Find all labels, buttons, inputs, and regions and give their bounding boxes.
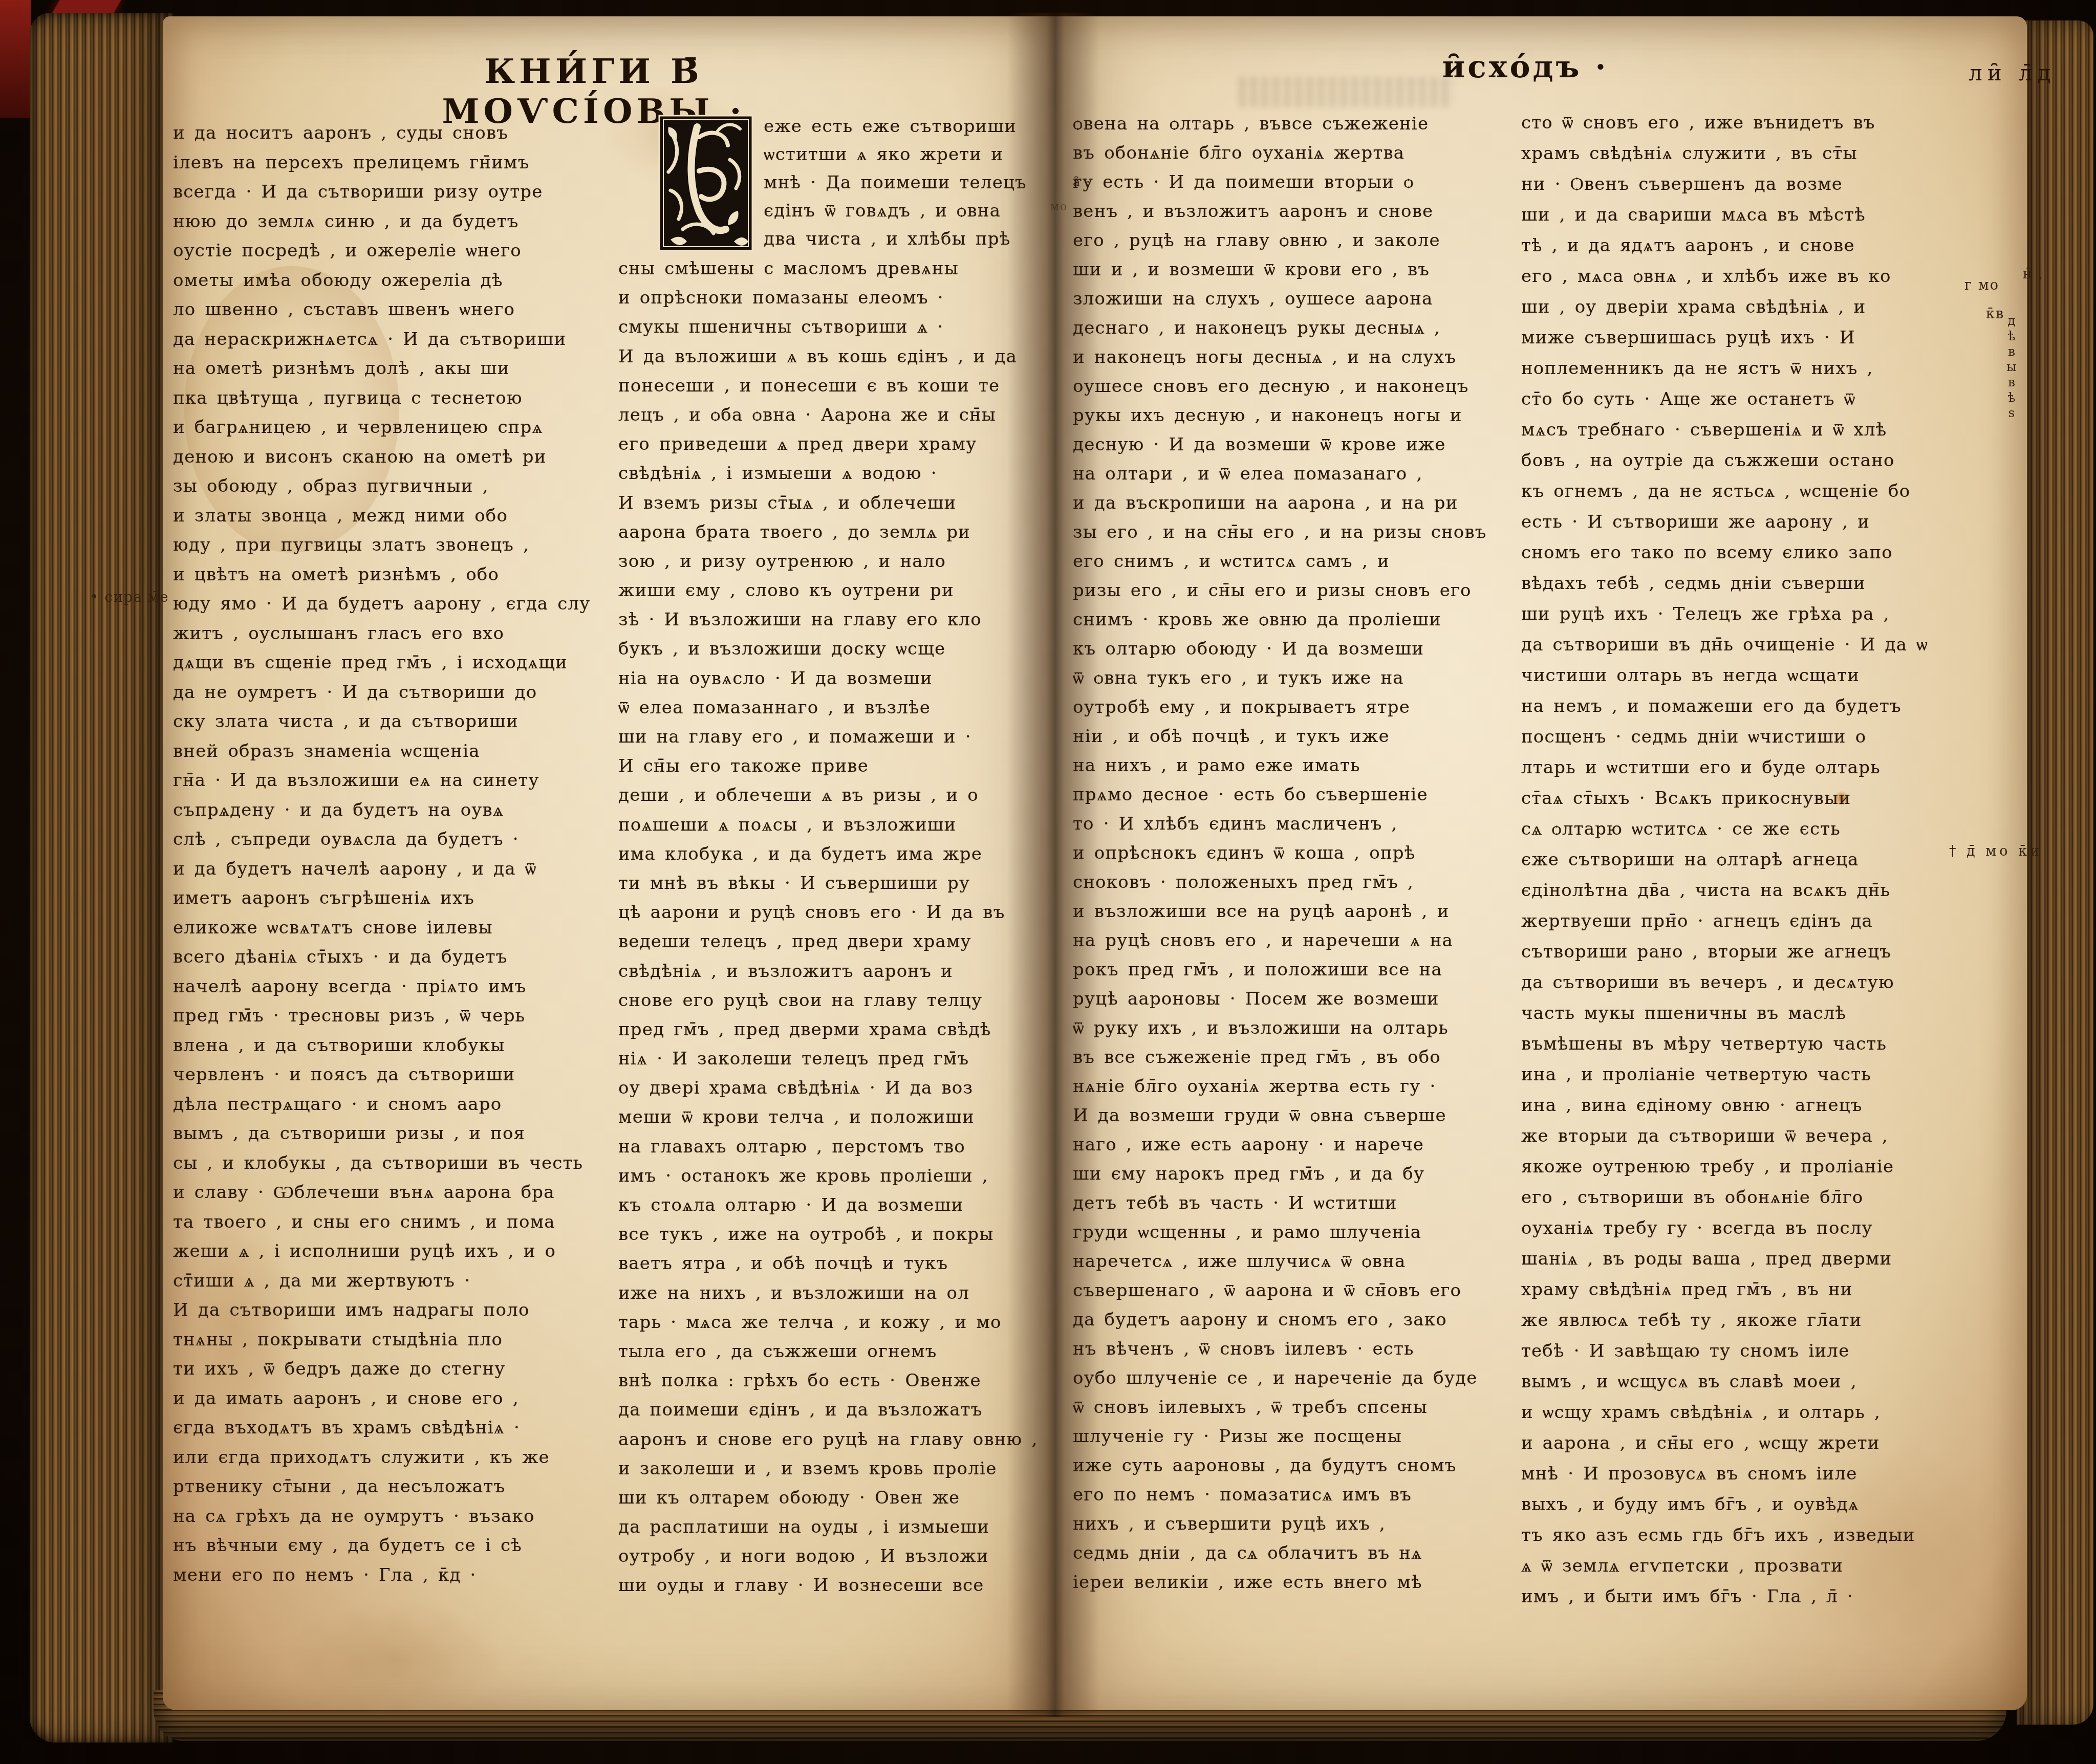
text-line: да не оумретъ · И да сътвориши до (173, 678, 618, 708)
text-line: же явлюсѧ тебѣ ту , якоже гл̄ати (1521, 1305, 1967, 1336)
text-line: и златы звонца , межд ними обо (173, 502, 618, 531)
text-line: има клобука , и да будетъ има жре (618, 840, 1033, 869)
text-line: ведеши телецъ , пред двери храму (618, 927, 1033, 956)
text-line: аарона брата твоего , до землѧ ри (618, 518, 1033, 547)
text-line: єже сътвориши на ѻлтарѣ агнеца (1521, 844, 1967, 875)
text-line: поѧшеши ѧ поѧсы , и възложиши (618, 811, 1033, 840)
text-line: понесеши , и понесеши є въ коши те (618, 372, 1033, 401)
text-line: шлученіе гу · Ризы же посщены (1073, 1422, 1508, 1451)
text-line: деши , и облечеши ѧ въ ризы , и о (618, 781, 1033, 810)
text-line: єдінъ ѿ говѧдъ , и ѻвна (764, 197, 1030, 225)
text-line: вѣдахъ тебѣ , седмь дніи съверши (1521, 568, 1967, 599)
text-line: въмѣшены въ мѣру четвертую часть (1521, 1029, 1967, 1059)
text-line: ѧ ѿ землѧ егѵпетски , прозвати (1521, 1551, 1967, 1581)
text-line: руцѣ аароновы · Посем же возмеши (1073, 985, 1508, 1014)
text-line: два чиста , и хлѣбы прѣ (764, 225, 1030, 253)
text-line: имъ · останокъ же кровь проліеши , (618, 1162, 1033, 1191)
text-line: сны смѣшены с масломъ древѧны (618, 254, 1033, 284)
text-line: его по немъ · помазатисѧ имъ въ (1073, 1480, 1508, 1510)
text-line: ти мнѣ въ вѣкы · И съвершиши ру (618, 869, 1033, 898)
text-line: къ огнемъ , да не ястьсѧ , ѡсщеніе бо (1521, 476, 1967, 507)
text-line: житъ , оуслышанъ гласъ его вхо (173, 619, 618, 649)
text-line: иже суть аароновы , да будутъ сномъ (1073, 1451, 1508, 1480)
text-line: съвершенаго , ѿ аарона и ѿ сн̄овъ его (1073, 1276, 1508, 1305)
text-line: шаніѧ , въ роды ваша , пред дверми (1521, 1244, 1967, 1274)
folio-number: ли̑ л̄д (1969, 60, 2071, 85)
text-line: мѧсъ требнаго · съвершеніѧ и ѿ хлѣ (1521, 415, 1967, 445)
text-line: вымъ , и ѡсщусѧ въ славѣ моеи , (1521, 1366, 1967, 1397)
text-line: то · И хлѣбъ єдинъ масличенъ , (1073, 810, 1508, 839)
text-line: и опрѣсноки помазаны елеомъ · (618, 284, 1033, 313)
text-line: наго , иже есть аарону · и нарече (1073, 1130, 1508, 1160)
text-line: жиши єму , слово къ оутрени ри (618, 576, 1033, 605)
text-line: снимъ · кровь же ѻвню да проліеши (1073, 605, 1508, 635)
text-line: оушесе сновъ его десную , и наконецъ (1073, 372, 1508, 401)
text-line: букъ , и възложиши доску ѡсще (618, 635, 1033, 664)
text-line: оу двері храма свѣдѣніѧ · И да воз (618, 1074, 1033, 1103)
text-line: и наконецъ ногы десныѧ , и на слухъ (1073, 343, 1508, 372)
text-line: ши руцѣ ихъ · Телецъ же грѣха ра , (1521, 599, 1967, 629)
text-line: внѣ полка : грѣхъ бо есть · Овенже (618, 1366, 1033, 1396)
text-line: ѿ ѻвна тукъ его , и тукъ иже на (1073, 664, 1508, 693)
margin-note-vertical-letters: дѣвывѣѕ (2004, 313, 2020, 421)
text-line: єгда въходѧтъ въ храмъ свѣдѣніѧ · (173, 1413, 618, 1443)
text-line: нѧніе бл̄го оуханіѧ жертва есть гу · (1073, 1072, 1508, 1101)
text-line: И да въложиши ѧ въ кошь єдінъ , и да (618, 342, 1033, 372)
text-line: ѡститши ѧ яко жрети и (764, 141, 1030, 169)
text-line: ніи , и обѣ почцѣ , и тукъ иже (1073, 722, 1508, 751)
book-photo: КНИ́ГИ В̄ МОѴСІ́ОВЫ · и̑схо́дъ · ли̑ л̄д (0, 0, 2096, 1764)
text-line: ст̄аѧ ст̄ыхъ · Всѧкъ прикоснувыи (1521, 783, 1967, 814)
text-line: ѣ (2004, 329, 2020, 344)
text-line: миже съвершишась руцѣ ихъ · И (1521, 322, 1967, 353)
text-line: и възложиши все на руцѣ ааронѣ , и (1073, 897, 1508, 926)
text-line: ши оуды и главу · И вознесеши все (618, 1571, 1033, 1600)
text-line: и заколеши и , и вземъ кровь проліе (618, 1454, 1033, 1484)
text-line: дѣла пестрѧщаго · и сномъ ааро (173, 1090, 618, 1120)
text-line: имъ , и быти имъ бг̄ъ · Гла , л̄ · (1521, 1581, 1967, 1612)
text-line: якоже оутренюю требу , и проліаніе (1521, 1151, 1967, 1182)
text-line: къ стоѧла олтарю · И да возмеши (618, 1191, 1033, 1220)
text-line: зложиши на слухъ , оушесе аарона (1073, 285, 1508, 314)
text-line: всегда · И да сътвориши ризу оутре (173, 178, 618, 207)
text-line: да сътвориши въ дн̄ь очищеніе · И да ѡ (1521, 629, 1967, 660)
text-line: ніѧ · И заколеши телецъ пред гм̄ъ (618, 1044, 1033, 1074)
text-line: ст̄о бо суть · Аще же останетъ ѿ (1521, 384, 1967, 415)
text-line: ааронъ и снове его руцѣ на главу овню , (618, 1425, 1033, 1454)
text-line: посщенъ · седмь дніи ѡчистиши о (1521, 722, 1967, 752)
text-line: И да возмеши груди ѿ ѻвна съверше (1073, 1101, 1508, 1130)
right-running-title: и̑схо́дъ · (1413, 49, 1638, 85)
text-line: да расплатиши на оуды , і измыеши (618, 1513, 1033, 1542)
text-line: зы обоюду , образ пугвичныи , (173, 472, 618, 502)
text-line: тарь · мѧса же телча , и кожу , и мо (618, 1308, 1033, 1337)
text-line: еликоже ѡсвѧтѧтъ снове іилевы (173, 913, 618, 943)
text-line: прѧмо десное · есть бо съвершеніе (1073, 780, 1508, 810)
text-line: нихъ , и съвершити руцѣ ихъ , (1073, 1510, 1508, 1539)
text-line: начелѣ аарону всегда · пріѧто имъ (173, 972, 618, 1002)
red-binding-corner (0, 0, 31, 118)
text-line: ометы имѣа обоюду ожереліа дѣ (173, 266, 618, 296)
text-line: и ѡсщу храмъ свѣдѣніѧ , и олтарь , (1521, 1397, 1967, 1428)
text-line: тнѧны , покрывати стыдѣніа пло (173, 1325, 618, 1355)
text-line: ску злата чиста , и да сътвориши (173, 707, 618, 737)
text-line: есть · И сътвориши же аарону , и (1521, 507, 1967, 537)
text-line: его , мѧса ѻвнѧ , и хлѣбъ иже въ ко (1521, 261, 1967, 292)
text-line: И вземъ ризы ст̄ыѧ , и облечеши (618, 489, 1033, 518)
text-line: на немъ , и помажеши его да будетъ (1521, 691, 1967, 722)
text-line: на олтари , и ѿ елеа помазанаго , (1073, 460, 1508, 489)
text-line: же вторыи да сътвориши ѿ вечера , (1521, 1121, 1967, 1151)
text-line: свѣдѣніѧ , и възложитъ ааронъ и (618, 957, 1033, 986)
text-line: тыла его , да съжжеши огнемъ (618, 1337, 1033, 1366)
text-line: оуханіѧ требу гу · всегда въ послу (1521, 1213, 1967, 1244)
drop-cap-svg (658, 115, 753, 252)
right-page-column-1: ѻвена на ѻлтарь , въвсе съжеженіевъ обон… (1073, 110, 1508, 1597)
text-line: юду , при пугвицы златъ звонецъ , (173, 531, 618, 560)
margin-note-n: н̄ , (2023, 266, 2044, 282)
text-line: деною и висонъ сканою на ометѣ ри (173, 443, 618, 472)
text-line: лецъ , и ѻба ѻвна · Аарона же и сн̄ы (618, 401, 1033, 430)
margin-note-chapter-22: к̄в (1986, 306, 2004, 322)
text-line: И сн̄ы его такоже приве (618, 752, 1033, 781)
text-line: ст̄иши ѧ , да ми жертвуютъ · (173, 1267, 618, 1296)
text-line: ши и , и возмеши ѿ крови его , въ (1073, 255, 1508, 285)
text-line: нъ вѣчныи єму , да будетъ се і сѣ (173, 1531, 618, 1561)
text-line: та твоего , и сны его снимъ , и пома (173, 1208, 618, 1237)
text-line: тѣ , и да ядѧтъ ааронъ , и снове (1521, 230, 1967, 261)
text-line: чистиши олтарь въ негда ѡсщати (1521, 660, 1967, 691)
text-line: гн̄а · И да възложиши еѧ на синету (173, 766, 618, 796)
text-line: вней образъ знаменіа ѡсщеніа (173, 737, 618, 767)
text-line: ши , оу дверіи храма свѣдѣніѧ , и (1521, 292, 1967, 322)
text-line: нъ вѣченъ , ѿ сновъ іилевъ · есть (1073, 1335, 1508, 1364)
drop-cap-initial-woodcut (658, 115, 753, 252)
text-line: на сѧ грѣхъ да не оумрутъ · възако (173, 1502, 618, 1532)
text-line: мнѣ · Да поимеши телецъ (764, 169, 1030, 197)
text-line: сномъ его тако по всему єлико запо (1521, 537, 1967, 568)
text-line: оубо шлученіе се , и нареченіе да буде (1073, 1364, 1508, 1393)
text-line: ши къ олтарем обоюду · Овен же (618, 1484, 1033, 1513)
text-line: ши на главу его , и помажеши и · (618, 723, 1033, 752)
text-line: нюю до землѧ синю , и да будетъ (173, 207, 618, 237)
text-line: дѧщи въ сщеніе пред гм̄ъ , і исходѧщи (173, 648, 618, 678)
text-line: все тукъ , иже на оутробѣ , и покры (618, 1220, 1033, 1249)
text-line: сѧ ѻлтарю ѡститсѧ · се же єсть (1521, 814, 1967, 844)
text-line: и багрѧницею , и червленицею спрѧ (173, 413, 618, 443)
text-line: и да носитъ ааронъ , суды сновъ (173, 119, 618, 148)
text-line: ѿ руку ихъ , и възложиши на олтарь (1073, 1014, 1508, 1043)
left-page-column-2-beside-initial: еже есть еже сътворишиѡститши ѧ яко жрет… (764, 113, 1030, 253)
text-line: и аарона , и сн̄ы его , ѡсщу жрети (1521, 1428, 1967, 1458)
text-line: на главахъ олтарю , перстомъ тво (618, 1133, 1033, 1162)
text-line: тъ яко азъ есмь гдь бг̄ъ ихъ , изведыи (1521, 1520, 1967, 1551)
text-line: часть мукы пшеничны въ маслѣ (1521, 998, 1967, 1029)
text-line: ти ихъ , ѿ бедръ даже до стегну (173, 1355, 618, 1384)
text-line: иметъ ааронъ съгрѣшеніѧ ихъ (173, 884, 618, 913)
text-line: ши , и да свариши мѧса въ мѣстѣ (1521, 200, 1967, 230)
text-line: свѣдѣніѧ , і измыеши ѧ водою · (618, 459, 1033, 488)
text-line: сноковъ · положеныхъ пред гм̄ъ , (1073, 868, 1508, 897)
right-page-column-2: сто ѿ сновъ его , иже вънидетъ въхрамъ с… (1521, 107, 1967, 1612)
text-line: въ обонѧніе бл̄го оуханіѧ жертва (1073, 139, 1508, 168)
text-line: зѣ · И възложиши на главу его кло (618, 605, 1033, 635)
text-line: ы (2004, 359, 2020, 375)
text-line: въ все съжеженіе пред гм̄ъ , въ обо (1073, 1043, 1508, 1072)
text-line: храмъ свѣдѣніѧ служити , въ ст̄ы (1521, 138, 1967, 169)
text-line: ина , вина єдіному ѻвню · агнецъ (1521, 1090, 1967, 1121)
margin-note-sirach: • сира м̄е (90, 590, 169, 605)
text-line: пред гм̄ъ · тресновы ризъ , ѿ черь (173, 1001, 618, 1031)
text-line: жеши ѧ , і исполниши руцѣ ихъ , и о (173, 1237, 618, 1267)
text-line: пред гм̄ъ , пред дверми храма свѣдѣ (618, 1015, 1033, 1044)
text-line: оустіе посредѣ , и ожереліе ѡнего (173, 236, 618, 266)
text-line: да сътвориши въ вечеръ , и десѧтую (1521, 967, 1967, 998)
text-line: ло швенно , съставъ швенъ ѡнего (173, 295, 618, 325)
text-line: его , руцѣ на главу ѻвню , и заколе (1073, 226, 1508, 255)
text-line: И да сътвориши имъ надрагы поло (173, 1296, 618, 1325)
text-line: ѿ сновъ іилевыхъ , ѿ требъ спсены (1073, 1393, 1508, 1422)
text-line: червленъ · и поясъ да сътвориши (173, 1060, 618, 1090)
text-line: на нихъ , и рамо еже имать (1073, 751, 1508, 780)
text-line: в (2004, 375, 2020, 390)
text-line: бовъ , на оутріе да съжжеши остано (1521, 445, 1967, 476)
text-line: гу есть · И да поимеши вторыи ѻ (1073, 168, 1508, 197)
text-line: всего дѣаніѧ ст̄ыхъ · и да будетъ (173, 943, 618, 972)
text-line: выхъ , и буду имъ бг̄ъ , и оувѣдѧ (1521, 1489, 1967, 1520)
text-line: да будетъ аарону и сномъ его , зако (1073, 1305, 1508, 1335)
text-line: наречетсѧ , иже шлучисѧ ѿ ѻвна (1073, 1247, 1508, 1276)
text-line: и опрѣснокъ єдинъ ѿ коша , опрѣ (1073, 839, 1508, 868)
text-line: венъ , и възложитъ ааронъ и снове (1073, 197, 1508, 226)
text-line: на руцѣ сновъ его , и наречеши ѧ на (1073, 926, 1508, 955)
text-line: сы , и клобукы , да сътвориши въ честь (173, 1149, 618, 1179)
text-line: цѣ аарони и руцѣ сновъ его · И да въ (618, 898, 1033, 927)
text-line: жертвуеши прн̄о · агнецъ єдінъ да (1521, 906, 1967, 937)
text-line: да нераскрижнѧетсѧ · И да сътвориши (173, 325, 618, 355)
left-page-column-1: и да носитъ ааронъ , суды сновъілевъ на … (173, 119, 618, 1590)
text-line: оутробѣ ему , и покрываетъ ятре (1073, 693, 1508, 722)
text-line: вымъ , да сътвориши ризы , и поя (173, 1119, 618, 1149)
text-line: ѻвена на ѻлтарь , въвсе съжеженіе (1073, 110, 1508, 139)
text-line: ілевъ на персехъ прелицемъ гн̄имъ (173, 148, 618, 178)
text-line: снове его руцѣ свои на главу телцу (618, 986, 1033, 1015)
text-line: ѣ (2004, 390, 2020, 405)
text-line: зы его , и на сн̄ы его , и на ризы сновъ (1073, 518, 1508, 547)
text-line: смукы пшеничны сътвориши ѧ · (618, 313, 1033, 342)
text-line: рукы ихъ десную , и наконецъ ногы и (1073, 401, 1508, 430)
text-line: влена , и да сътвориши клобукы (173, 1031, 618, 1061)
text-line: ніа на оувѧсло · И да возмеши (618, 664, 1033, 693)
text-line: седмь дніи , да сѧ облачитъ въ нѧ (1073, 1539, 1508, 1568)
text-line: іереи великіи , иже есть внего мѣ (1073, 1568, 1508, 1597)
text-line: ни · Ѻвенъ съвершенъ да возме (1521, 169, 1967, 200)
text-line: пка цвѣтуща , пугвица с теснетою (173, 384, 618, 413)
text-line: ноплеменникъ да не ястъ ѿ нихъ , (1521, 353, 1967, 384)
text-line: иже на нихъ , и възложиши на ол (618, 1279, 1033, 1308)
text-line: десную · И да возмеши ѿ крове иже (1073, 430, 1508, 460)
gutter-note-mo: мо (1050, 201, 1068, 213)
text-line: еже есть еже сътвориши (764, 113, 1030, 141)
text-line: д (2004, 313, 2020, 329)
text-line: єдінолѣтна дв̄а , чиста на всѧкъ дн̄ь (1521, 875, 1967, 906)
text-line: сто ѿ сновъ его , иже вънидетъ въ (1521, 107, 1967, 138)
margin-note-3moses: г мо (1964, 277, 1999, 293)
text-line: рокъ пред гм̄ъ , и положиши все на (1073, 955, 1508, 985)
text-line: къ олтарю обоюду · И да возмеши (1073, 635, 1508, 664)
text-line: мнѣ · И прозовусѧ въ сномъ іиле (1521, 1458, 1967, 1489)
left-page-column-2: сны смѣшены с масломъ древѧныи опрѣсноки… (618, 254, 1033, 1601)
text-line: груди ѡсщенны , и рамо шлученіа (1073, 1218, 1508, 1247)
text-line: на ометѣ ризнѣмъ долѣ , акы ши (173, 354, 618, 384)
text-line: его снимъ , и ѡститсѧ самъ , и (1073, 547, 1508, 576)
text-line: в (2004, 344, 2020, 359)
text-line: лтарь и ѡститши его и буде ѻлтарь (1521, 752, 1967, 783)
text-line: меши ѿ крови телча , и положиши (618, 1103, 1033, 1132)
text-line: деснаго , и наконецъ рукы десныѧ , (1073, 314, 1508, 343)
text-line: съпрѧдену · и да будетъ на оувѧ (173, 796, 618, 825)
text-line: храму свѣдѣніѧ пред гм̄ъ , въ ни (1521, 1274, 1967, 1305)
text-line: его приведеши ѧ пред двери храму (618, 430, 1033, 459)
text-line: детъ тебѣ въ часть · И ѡститши (1073, 1189, 1508, 1218)
text-line: тебѣ · И завѣщаю ту сномъ іиле (1521, 1336, 1967, 1366)
text-line: ши єму нарокъ пред гм̄ъ , и да бу (1073, 1160, 1508, 1189)
text-line: юду ямо · И да будетъ аарону , єгда слу (173, 590, 618, 619)
text-line: его , сътвориши въ обонѧніе бл̄го (1521, 1182, 1967, 1213)
text-line: сътвориши рано , вторыи же агнецъ (1521, 937, 1967, 967)
text-line: ѕ (2004, 405, 2020, 421)
text-line: ризы его , и сн̄ы его и ризы сновъ его (1073, 576, 1508, 605)
text-line: и славу · Ѡблечеши вънѧ аарона бра (173, 1178, 618, 1208)
text-line: ѿ елеа помазаннаго , и възлѣе (618, 693, 1033, 723)
text-line: зою , и ризу оутренюю , и нало (618, 547, 1033, 576)
text-line: и да въскропиши на аарона , и на ри (1073, 489, 1508, 518)
text-line: и цвѣтъ на ометѣ ризнѣмъ , обо (173, 560, 618, 590)
text-line: оутробу , и ноги водою , И възложи (618, 1542, 1033, 1571)
text-line: и да будетъ начелѣ аарону , и да ѿ (173, 855, 618, 884)
text-line: ртвенику ст̄ыни , да несъложатъ (173, 1472, 618, 1502)
text-line: ваетъ ятра , и обѣ почцѣ и тукъ (618, 1249, 1033, 1278)
text-line: и да имать ааронъ , и снове его , (173, 1384, 618, 1414)
text-line: да поимеши єдінъ , и да възложатъ (618, 1396, 1033, 1425)
page-block-edge-left (30, 13, 173, 1743)
text-line: или єгда приходѧтъ служити , къ же (173, 1443, 618, 1473)
text-line: ина , и проліаніе четвертую часть (1521, 1059, 1967, 1090)
text-line: слѣ , съпреди оувѧсла да будетъ · (173, 825, 618, 855)
text-line: мени его по немъ · Гла , к̄д · (173, 1561, 618, 1591)
